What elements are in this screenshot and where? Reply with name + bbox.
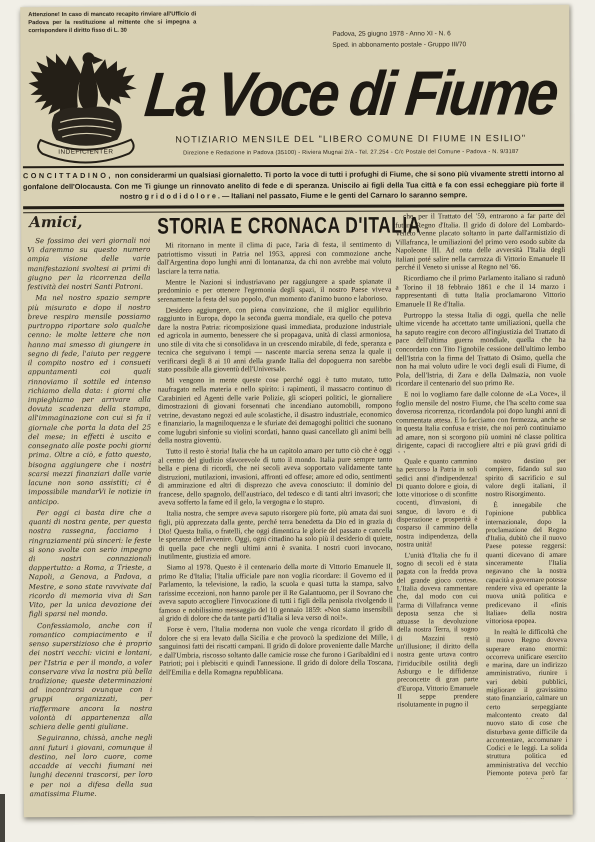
newspaper-title: La Voce di Fiume [128,44,574,142]
paragraph: Forse è vero, l'Italia moderna non vuole… [159,625,393,677]
paragraph: Per oggi ci basta dire che a quanti di n… [28,508,151,619]
manifesto-paragraph: CONCITTADINO, non considerarmi un qualsi… [23,169,564,203]
article-column-narrow-right: nostro destino per compiere, fidando sul… [485,457,567,779]
letter-salutation: Amici, [29,215,150,231]
scan-edge-artifact [0,794,5,842]
mailing-notice: Attenzione! In caso di mancato recapito … [28,10,196,35]
paragraph: Italia nostra, che sempre aveva saputo r… [158,509,392,561]
paragraph: Mi vengono in mente queste cose perché o… [158,376,392,445]
paragraph: Mentre le Nazioni si industriavano per r… [157,277,391,304]
paragraph: L'unità d'Italia che fu il sogno di seco… [397,551,479,709]
paragraph: Se fossimo dei veri giornali noi Vi dare… [27,237,150,293]
newspaper-subtitle: NOTIZIARIO MENSILE DEL "LIBERO COMUNE DI… [133,133,569,145]
paragraph: Desidero aggiungere, con piena convinzio… [158,305,392,374]
paragraph: nostro destino per compiere, fidando sul… [485,457,566,499]
paragraph: Confessiamolo, anche con il romantico co… [29,621,152,732]
article-column-narrow-left: Quale e quanto cammino ha percorso la Pa… [396,457,478,779]
paragraph: Ricordiamo che il primo Parlamento itali… [395,274,565,309]
paragraph: Seguiranno, chissà, anche negli anni fut… [29,734,152,799]
paragraph: Purtroppo la stessa Italia di oggi, quel… [396,311,566,389]
editorial-letter-column: Amici, Se fossimo dei veri giornali noi … [27,215,153,812]
paragraph: Tutto il resto è storia! Italia che ha u… [158,447,392,508]
article-column-right-top: che, per il Trattato del '59, entrarono … [395,212,566,453]
paragraph: Siamo al 1978. Questo è il centenario de… [159,563,393,624]
paragraph: che, per il Trattato del '59, entrarono … [395,212,565,272]
paragraph: Quale e quanto cammino ha percorso la Pa… [396,457,477,549]
article-column-main: Mi ritornano in mente il clima di pace, … [157,241,393,706]
article-headline: STORIA E CRONACA D'ITALIA [157,213,386,240]
fiume-eagle-emblem-icon: INDEFICIENTER [26,45,145,170]
paragraph: Ma nel nostro spazio sempre più misurato… [27,294,151,507]
editorial-address-line: Direzione e Redazione in Padova (35100) … [133,149,569,157]
newspaper-front-page: Attenzione! In caso di mancato recapito … [20,5,573,817]
emblem-motto: INDEFICIENTER [58,149,113,156]
paragraph: In realtà le difficoltà che il nuovo Reg… [486,628,568,779]
paragraph: E noi lo vogliamo fare dalle colonne de … [396,390,566,453]
paragraph: Mi ritornano in mente il clima di pace, … [157,241,391,276]
letter-body: Se fossimo dei veri giornali noi Vi dare… [27,237,152,800]
manifesto-lead-word: CONCITTADINO, [23,171,113,180]
scanned-newspaper-page: { "colors": { "paper": "#d9d1b4", "ink":… [0,0,595,842]
paragraph: È innegabile che l'opinione pubblica int… [485,501,567,626]
